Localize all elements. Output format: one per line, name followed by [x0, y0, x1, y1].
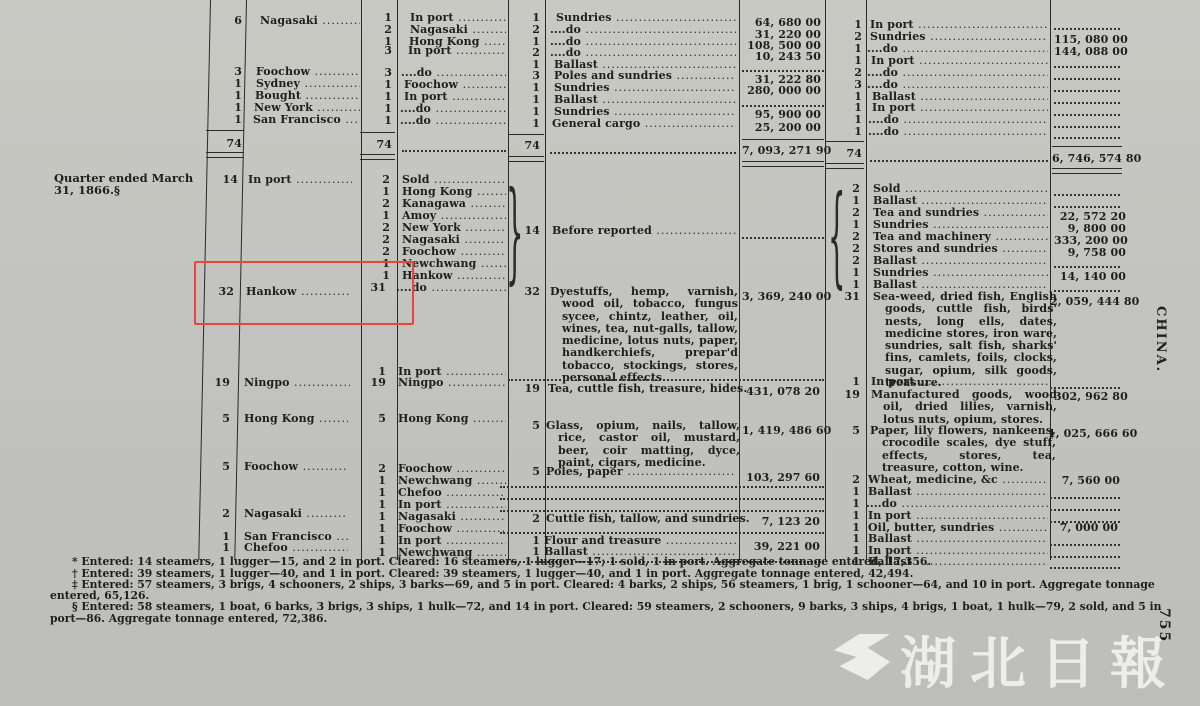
empty-value-dots: [1054, 102, 1120, 104]
export-cargo: In port: [871, 376, 1048, 388]
total-rule: [1052, 146, 1122, 147]
export-cargo: Ballast: [873, 255, 1048, 267]
export-cargo: Paper, lily flowers, nankeens, crocodile…: [870, 425, 1056, 474]
empty-value-dots: [1054, 114, 1120, 116]
export-count: 1: [828, 376, 860, 388]
departure-count: 19: [358, 377, 386, 389]
departure-port: In port: [398, 535, 506, 547]
import-cargo: ....do: [550, 47, 736, 59]
import-value: 431, 078 20: [742, 386, 820, 398]
import-cargo: Ballast: [554, 94, 736, 106]
export-value: 302, 962 80: [1054, 391, 1126, 403]
footnote: ‡ Entered: 57 steamers, 3 brigs, 4 schoo…: [72, 579, 1155, 591]
export-cargo: In port: [871, 55, 1048, 67]
import-count: 5: [510, 420, 540, 432]
footnote: port—86. Aggregate tonnage entered, 72,3…: [50, 613, 327, 625]
empty-value-dots: [1050, 567, 1120, 569]
empty-value-dots: [1054, 137, 1120, 139]
arrival-count: 1: [200, 542, 230, 554]
empty-value-dots: [1054, 90, 1120, 92]
departure-count: 3: [364, 45, 392, 57]
total-dots: [870, 160, 1048, 162]
empty-value-dots: [1054, 194, 1120, 196]
export-cargo: Tea and machinery: [873, 231, 1048, 243]
departure-port: Kanagawa: [402, 198, 506, 210]
export-cargo: Sundries: [873, 219, 1048, 231]
arrival-port: Sydney: [256, 78, 360, 90]
export-count: 1: [828, 126, 862, 138]
arrival-port: Foochow: [244, 461, 348, 473]
total-rule: [508, 134, 544, 135]
total-imports-value: 7, 093, 271 90: [742, 145, 822, 157]
column-rule: [739, 0, 740, 560]
export-cargo: ....do: [867, 43, 1048, 55]
column-rule: [1050, 0, 1051, 560]
export-cargo: ....do: [867, 79, 1048, 91]
empty-value-dots: [1054, 78, 1120, 80]
total-dots: [550, 152, 736, 154]
empty-value-dots: [742, 70, 824, 72]
empty-value-dots: [1050, 387, 1120, 389]
arrival-port: Foochow: [256, 66, 360, 78]
export-cargo: Ballast: [868, 486, 1048, 498]
arrival-port: Nagasaki: [260, 15, 360, 27]
export-value: 2, 059, 444 80: [1050, 296, 1126, 308]
export-value: 144, 088 00: [1054, 46, 1120, 58]
departure-port: Foochow: [402, 246, 506, 258]
total-double-rule: [508, 156, 544, 162]
arrival-count: 6: [214, 15, 242, 27]
export-count: 5: [828, 425, 860, 437]
import-cargo: ....do: [550, 24, 736, 36]
import-cargo: Poles, paper: [546, 466, 736, 478]
departure-port: In port: [408, 45, 506, 57]
total-double-rule: [206, 152, 244, 158]
import-cargo: Tea, cuttle fish, treasure, hides.: [548, 383, 738, 395]
export-value: 9, 758 00: [1054, 247, 1126, 259]
departure-port: Hong Kong: [398, 413, 506, 425]
arrival-count: 2: [200, 508, 230, 520]
departure-port: Nagasaki: [398, 511, 506, 523]
total-exports-count: 74: [828, 148, 862, 160]
column-rule: [825, 0, 826, 560]
arrival-port: Hong Kong: [244, 413, 348, 425]
total-dots: [402, 150, 506, 152]
departure-port: ....do: [400, 115, 506, 127]
import-count: 5: [510, 466, 540, 478]
import-value: 1, 419, 486 60: [742, 425, 820, 437]
hankow-highlight-box: [194, 261, 414, 325]
arrival-port: San Francisco: [253, 114, 360, 126]
empty-value-dots: [1054, 206, 1120, 208]
total-double-rule: [360, 154, 395, 160]
empty-value-dots: [1054, 266, 1120, 268]
export-value: 7, 560 00: [1054, 475, 1120, 487]
export-cargo: Ballast: [868, 533, 1048, 545]
empty-value-dots: [1054, 28, 1120, 30]
quarter-label: Quarter ended March 31, 1866.§: [54, 172, 204, 196]
empty-value-dots: [742, 105, 824, 107]
departure-port: ....do: [400, 103, 506, 115]
total-rule: [360, 132, 395, 133]
empty-value-dots: [1050, 556, 1120, 558]
document-page: 6 Nagasaki 3 Foochow 1 Sydney 1 Bought 1…: [0, 0, 1200, 706]
export-value: 14, 140 00: [1054, 271, 1126, 283]
import-count: 1: [510, 118, 540, 130]
import-cargo: Before reported: [552, 225, 736, 237]
departure-port: Sold: [402, 174, 506, 186]
total-rule: [742, 139, 824, 140]
export-cargo: ....do: [866, 498, 1048, 510]
import-value: 25, 200 00: [745, 122, 821, 134]
total-double-rule: [826, 163, 864, 169]
arrival-port: Nagasaki: [244, 508, 348, 520]
departure-port: Hong Kong: [402, 186, 506, 198]
import-cargo: Glass, opium, nails, tallow, rice, casto…: [546, 420, 740, 469]
departure-count: 5: [358, 413, 386, 425]
arrival-count: 5: [200, 461, 230, 473]
import-value: 95, 900 00: [745, 109, 821, 121]
empty-value-dots: [1050, 544, 1120, 546]
import-cargo: Poles and sundries: [554, 70, 736, 82]
departure-port: Newchwang: [402, 258, 506, 270]
departure-port: Foochow: [404, 79, 506, 91]
export-cargo: Tea and sundries: [873, 207, 1048, 219]
arrival-port: Chefoo: [244, 542, 348, 554]
import-value: 103, 297 60: [742, 472, 820, 484]
import-cargo: General cargo: [552, 118, 736, 130]
newspaper-watermark: 湖北日報: [900, 620, 1180, 700]
export-cargo: In port: [872, 102, 1048, 114]
empty-value-dots: [1054, 66, 1120, 68]
total-arrivals: 74: [214, 138, 242, 150]
export-cargo: ....do: [868, 126, 1048, 138]
watermark-logo-icon: [834, 634, 890, 680]
empty-value-dots: [1050, 521, 1120, 523]
export-cargo: Wheat, medicine, &c: [868, 474, 1048, 486]
import-count: 14: [510, 225, 540, 237]
import-count: 2: [510, 513, 540, 525]
total-departures: 74: [364, 139, 392, 151]
arrival-count: 1: [214, 114, 242, 126]
import-cargo: Dyestuffs, hemp, varnish, wood oil, toba…: [550, 286, 738, 384]
arrival-port: Bought: [255, 90, 360, 102]
export-cargo: ....do: [867, 67, 1048, 79]
departure-port: Ningpo: [398, 377, 506, 389]
arrival-count: 14: [208, 174, 238, 186]
total-double-rule: [1052, 168, 1122, 174]
export-count: 31: [828, 291, 860, 303]
side-label-china: CHINA.: [1153, 306, 1168, 373]
export-cargo: Sundries: [870, 31, 1048, 43]
arrival-port: Ningpo: [244, 377, 350, 389]
arrival-count: 19: [200, 377, 230, 389]
departure-port: Chefoo: [398, 487, 506, 499]
export-cargo: ....do: [868, 114, 1048, 126]
departure-port: Newchwang: [398, 475, 506, 487]
departure-port: In port: [404, 91, 506, 103]
import-cargo: Sundries: [556, 12, 736, 24]
export-count: 19: [828, 389, 860, 401]
arrival-port: New York: [254, 102, 360, 114]
export-cargo: Stores and sundries: [873, 243, 1048, 255]
import-count: 32: [510, 286, 540, 298]
import-value: 10, 243 50: [745, 51, 821, 63]
export-cargo: In port: [870, 19, 1048, 31]
import-cargo: Cuttle fish, tallow, and sundries.: [546, 513, 736, 525]
total-imports-count: 74: [510, 140, 540, 152]
import-cargo: Sundries: [554, 106, 736, 118]
empty-row-dots: [500, 498, 824, 500]
export-cargo: Sold: [873, 183, 1048, 195]
export-cargo: Sundries: [873, 267, 1048, 279]
footnote: * Entered: 14 steamers, 1 lugger—15, and…: [72, 556, 931, 568]
empty-value-dots: [1050, 509, 1120, 511]
departure-port: ....do: [401, 67, 506, 79]
departure-port: Amoy: [402, 210, 506, 222]
total-rule: [206, 130, 244, 131]
export-value: 1, 025, 666 60: [1048, 428, 1126, 440]
export-cargo: Sea-weed, dried fish, English goods, cut…: [873, 291, 1057, 389]
total-double-rule: [742, 161, 824, 167]
departure-port: Nagasaki: [402, 234, 506, 246]
export-cargo: Manufactured goods, wood oil, dried lili…: [871, 389, 1057, 426]
departure-port: Hankow: [402, 270, 506, 282]
arrival-count: 5: [200, 413, 230, 425]
total-rule: [826, 141, 864, 142]
export-cargo: Ballast: [873, 195, 1048, 207]
empty-value-dots: [1054, 290, 1120, 292]
empty-value-dots: [1054, 126, 1120, 128]
empty-value-dots: [1050, 497, 1120, 499]
import-value: 39, 221 00: [742, 541, 820, 553]
export-cargo: In port: [868, 510, 1048, 522]
empty-row-dots: [500, 532, 824, 534]
departure-port: In port: [410, 12, 506, 24]
import-count: 19: [510, 383, 540, 395]
departure-count: 1: [364, 115, 392, 127]
export-value: 7, 000 00: [1054, 522, 1118, 534]
departure-port: New York: [402, 222, 506, 234]
departure-port: Foochow: [398, 523, 506, 535]
empty-row-dots: [500, 486, 824, 488]
import-value: 3, 369, 240 00: [742, 291, 822, 303]
import-value: 7, 123 20: [742, 516, 820, 528]
departure-port: Nagasaki: [410, 24, 506, 36]
footnote: § Entered: 58 steamers, 1 boat, 6 barks,…: [72, 601, 1161, 613]
row-divider-dots: [508, 379, 824, 381]
departure-port: In port: [398, 499, 506, 511]
departure-port: Foochow: [398, 463, 506, 475]
arrival-port: In port: [248, 174, 352, 186]
empty-value-dots: [742, 237, 824, 239]
import-cargo: Sundries: [554, 82, 736, 94]
import-value: 280, 000 00: [745, 85, 821, 97]
total-exports-value: 6, 746, 574 80: [1052, 153, 1124, 165]
